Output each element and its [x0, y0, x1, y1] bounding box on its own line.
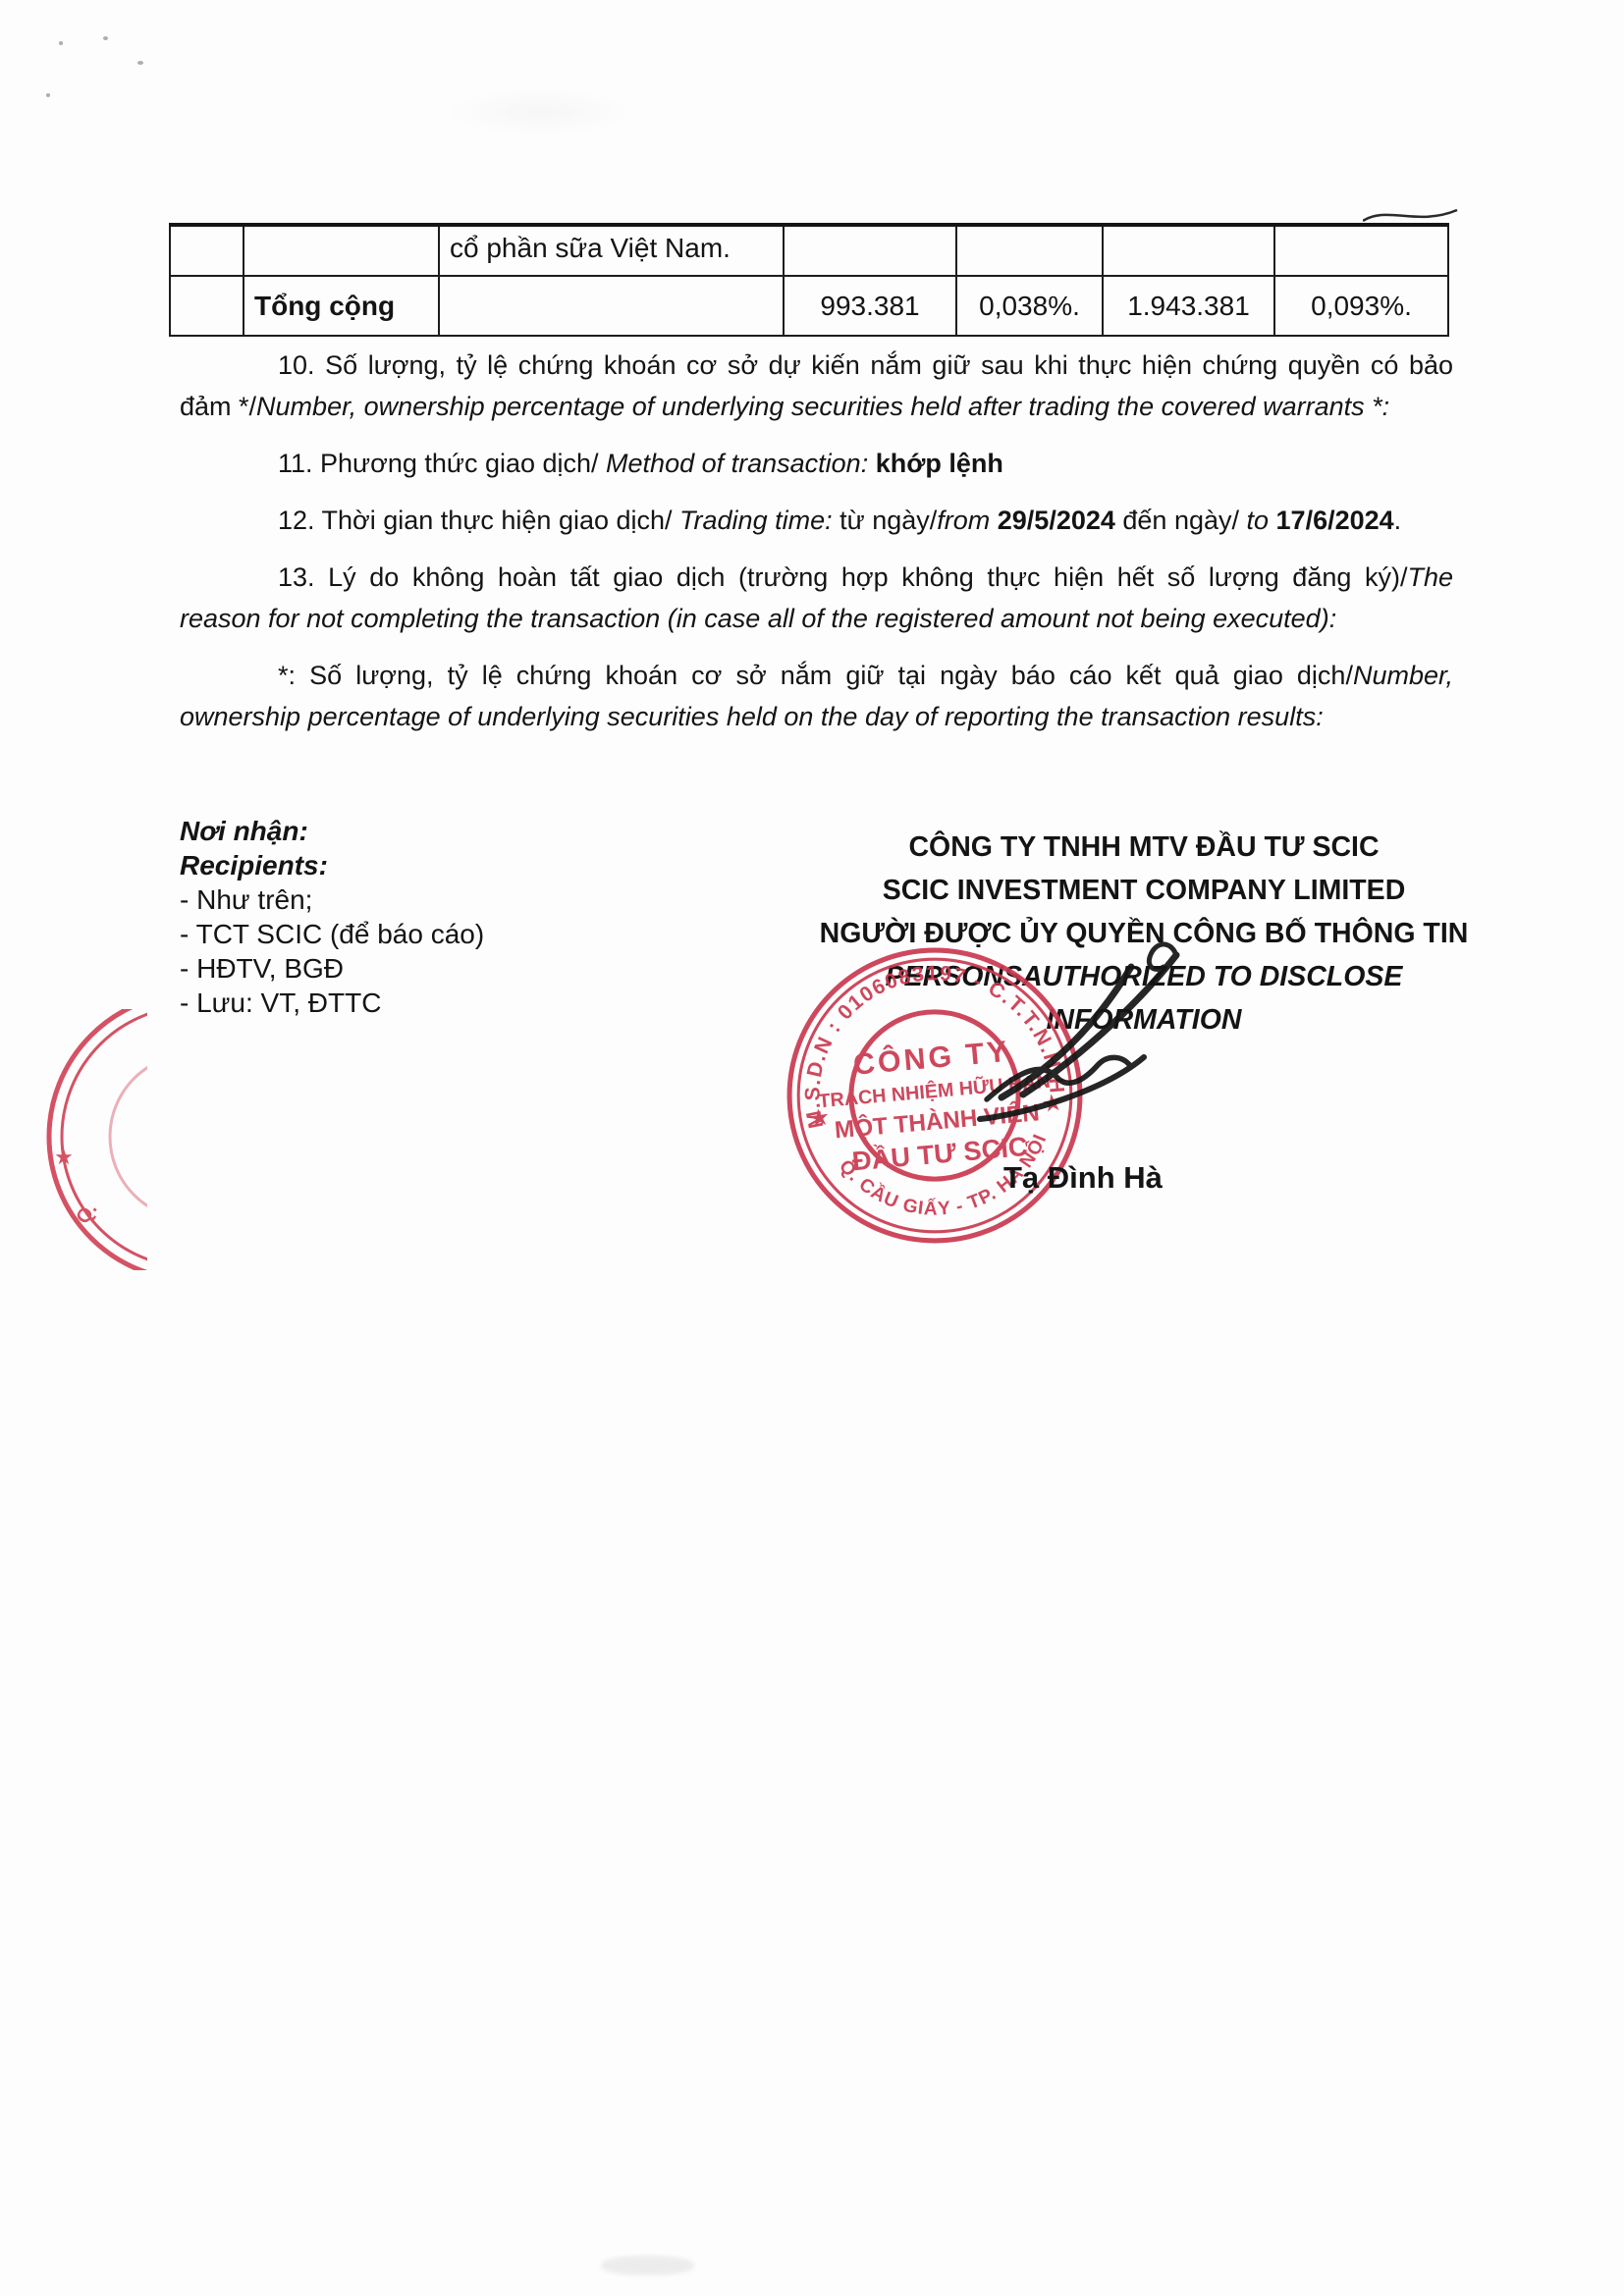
- text-run: từ ngày/: [833, 506, 938, 535]
- table-row: cổ phần sữa Việt Nam.: [170, 225, 1448, 276]
- text-run: 12. Thời gian thực hiện giao dịch/: [278, 506, 679, 535]
- item-13-line-1: 13. Lý do không hoàn tất giao dịch (trườ…: [180, 557, 1453, 598]
- table-cell: [956, 225, 1103, 276]
- text-run: reason for not completing the transactio…: [180, 604, 1336, 633]
- signer-name: Tạ Đình Hà: [1003, 1160, 1163, 1196]
- table-row-total: Tổng cộng 993.381 0,038%. 1.943.381 0,09…: [170, 276, 1448, 336]
- scan-speck: [137, 61, 143, 65]
- body-text: 10. Số lượng, tỷ lệ chứng khoán cơ sở dự…: [180, 345, 1453, 737]
- text-run: 10. Số lượng, tỷ lệ chứng khoán cơ sở dự…: [278, 350, 1453, 380]
- table-cell: [784, 225, 956, 276]
- summary-table: cổ phần sữa Việt Nam. Tổng cộng 993.381 …: [169, 223, 1449, 337]
- text-run: Number,: [1353, 661, 1453, 690]
- table-cell: [244, 225, 439, 276]
- recipient-item: - Lưu: VT, ĐTTC: [180, 986, 484, 1020]
- footnote-line-2: ownership percentage of underlying secur…: [180, 696, 1453, 737]
- company-name-en: SCIC INVESTMENT COMPANY LIMITED: [818, 869, 1470, 912]
- item-12: 12. Thời gian thực hiện giao dịch/ Tradi…: [180, 500, 1453, 541]
- item-10-line-1: 10. Số lượng, tỷ lệ chứng khoán cơ sở dự…: [180, 345, 1453, 386]
- scan-smudge: [447, 88, 633, 135]
- text-run: Method of transaction:: [606, 449, 876, 478]
- text-run: to: [1247, 506, 1276, 535]
- total-label-cell: Tổng cộng: [244, 276, 439, 336]
- total-quantity-cell: 993.381: [784, 276, 956, 336]
- recipient-item: - HĐTV, BGĐ: [180, 951, 484, 986]
- recipient-item: - TCT SCIC (để báo cáo): [180, 917, 484, 951]
- total-quantity-cell-2: 1.943.381: [1103, 276, 1274, 336]
- text-run: from: [937, 506, 998, 535]
- scan-smudge: [601, 2256, 694, 2275]
- star-icon: ★: [54, 1145, 74, 1169]
- table-cell: [1103, 225, 1274, 276]
- recipient-item: - Như trên;: [180, 882, 484, 917]
- text-run: đến ngày/: [1115, 506, 1247, 535]
- total-percent-cell: 0,038%.: [956, 276, 1103, 336]
- recipients-title-vn: Nơi nhận:: [180, 814, 484, 848]
- text-run: khớp lệnh: [876, 449, 1003, 478]
- text-run: đảm */: [180, 392, 256, 421]
- table-cell: [1274, 225, 1448, 276]
- recipients-title-en: Recipients:: [180, 848, 484, 882]
- text-run: *: Số lượng, tỷ lệ chứng khoán cơ sở nắm…: [278, 661, 1353, 690]
- text-run: Number, ownership percentage of underlyi…: [256, 392, 1389, 421]
- scan-speck: [59, 41, 63, 45]
- total-percent-cell-2: 0,093%.: [1274, 276, 1448, 336]
- text-run: 13. Lý do không hoàn tất giao dịch (trườ…: [278, 562, 1407, 592]
- text-run: 11. Phương thức giao dịch/: [278, 449, 606, 478]
- text-run: .: [1394, 506, 1402, 535]
- scan-speck: [46, 93, 50, 97]
- recipients-block: Nơi nhận: Recipients: - Như trên; - TCT …: [180, 814, 484, 1020]
- text-run: Trading time:: [679, 506, 833, 535]
- item-10-line-2: đảm */Number, ownership percentage of un…: [180, 386, 1453, 427]
- document-page: cổ phần sữa Việt Nam. Tổng cộng 993.381 …: [0, 0, 1624, 2296]
- text-run: 29/5/2024: [998, 506, 1115, 535]
- table-cell: [439, 276, 784, 336]
- text-run: 17/6/2024: [1276, 506, 1394, 535]
- footnote-line-1: *: Số lượng, tỷ lệ chứng khoán cơ sở nắm…: [180, 655, 1453, 696]
- svg-text:M.S.D.N :: M.S.D.N :: [142, 1077, 147, 1197]
- table-cell: cổ phần sữa Việt Nam.: [439, 225, 784, 276]
- signature-scribble: [943, 918, 1257, 1148]
- partial-seal-arc-text: M.S.D.N :: [142, 1077, 147, 1197]
- table-cell: [170, 225, 244, 276]
- item-11: 11. Phương thức giao dịch/ Method of tra…: [180, 443, 1453, 484]
- table-cell: [170, 276, 244, 336]
- text-run: ownership percentage of underlying secur…: [180, 702, 1324, 731]
- scan-speck: [103, 36, 108, 40]
- text-run: The: [1407, 562, 1453, 592]
- partial-seal-stamp: M.S.D.N : ★ Q.: [18, 1009, 147, 1275]
- item-13-line-2: reason for not completing the transactio…: [180, 598, 1453, 639]
- company-name-vn: CÔNG TY TNHH MTV ĐẦU TƯ SCIC: [818, 826, 1470, 869]
